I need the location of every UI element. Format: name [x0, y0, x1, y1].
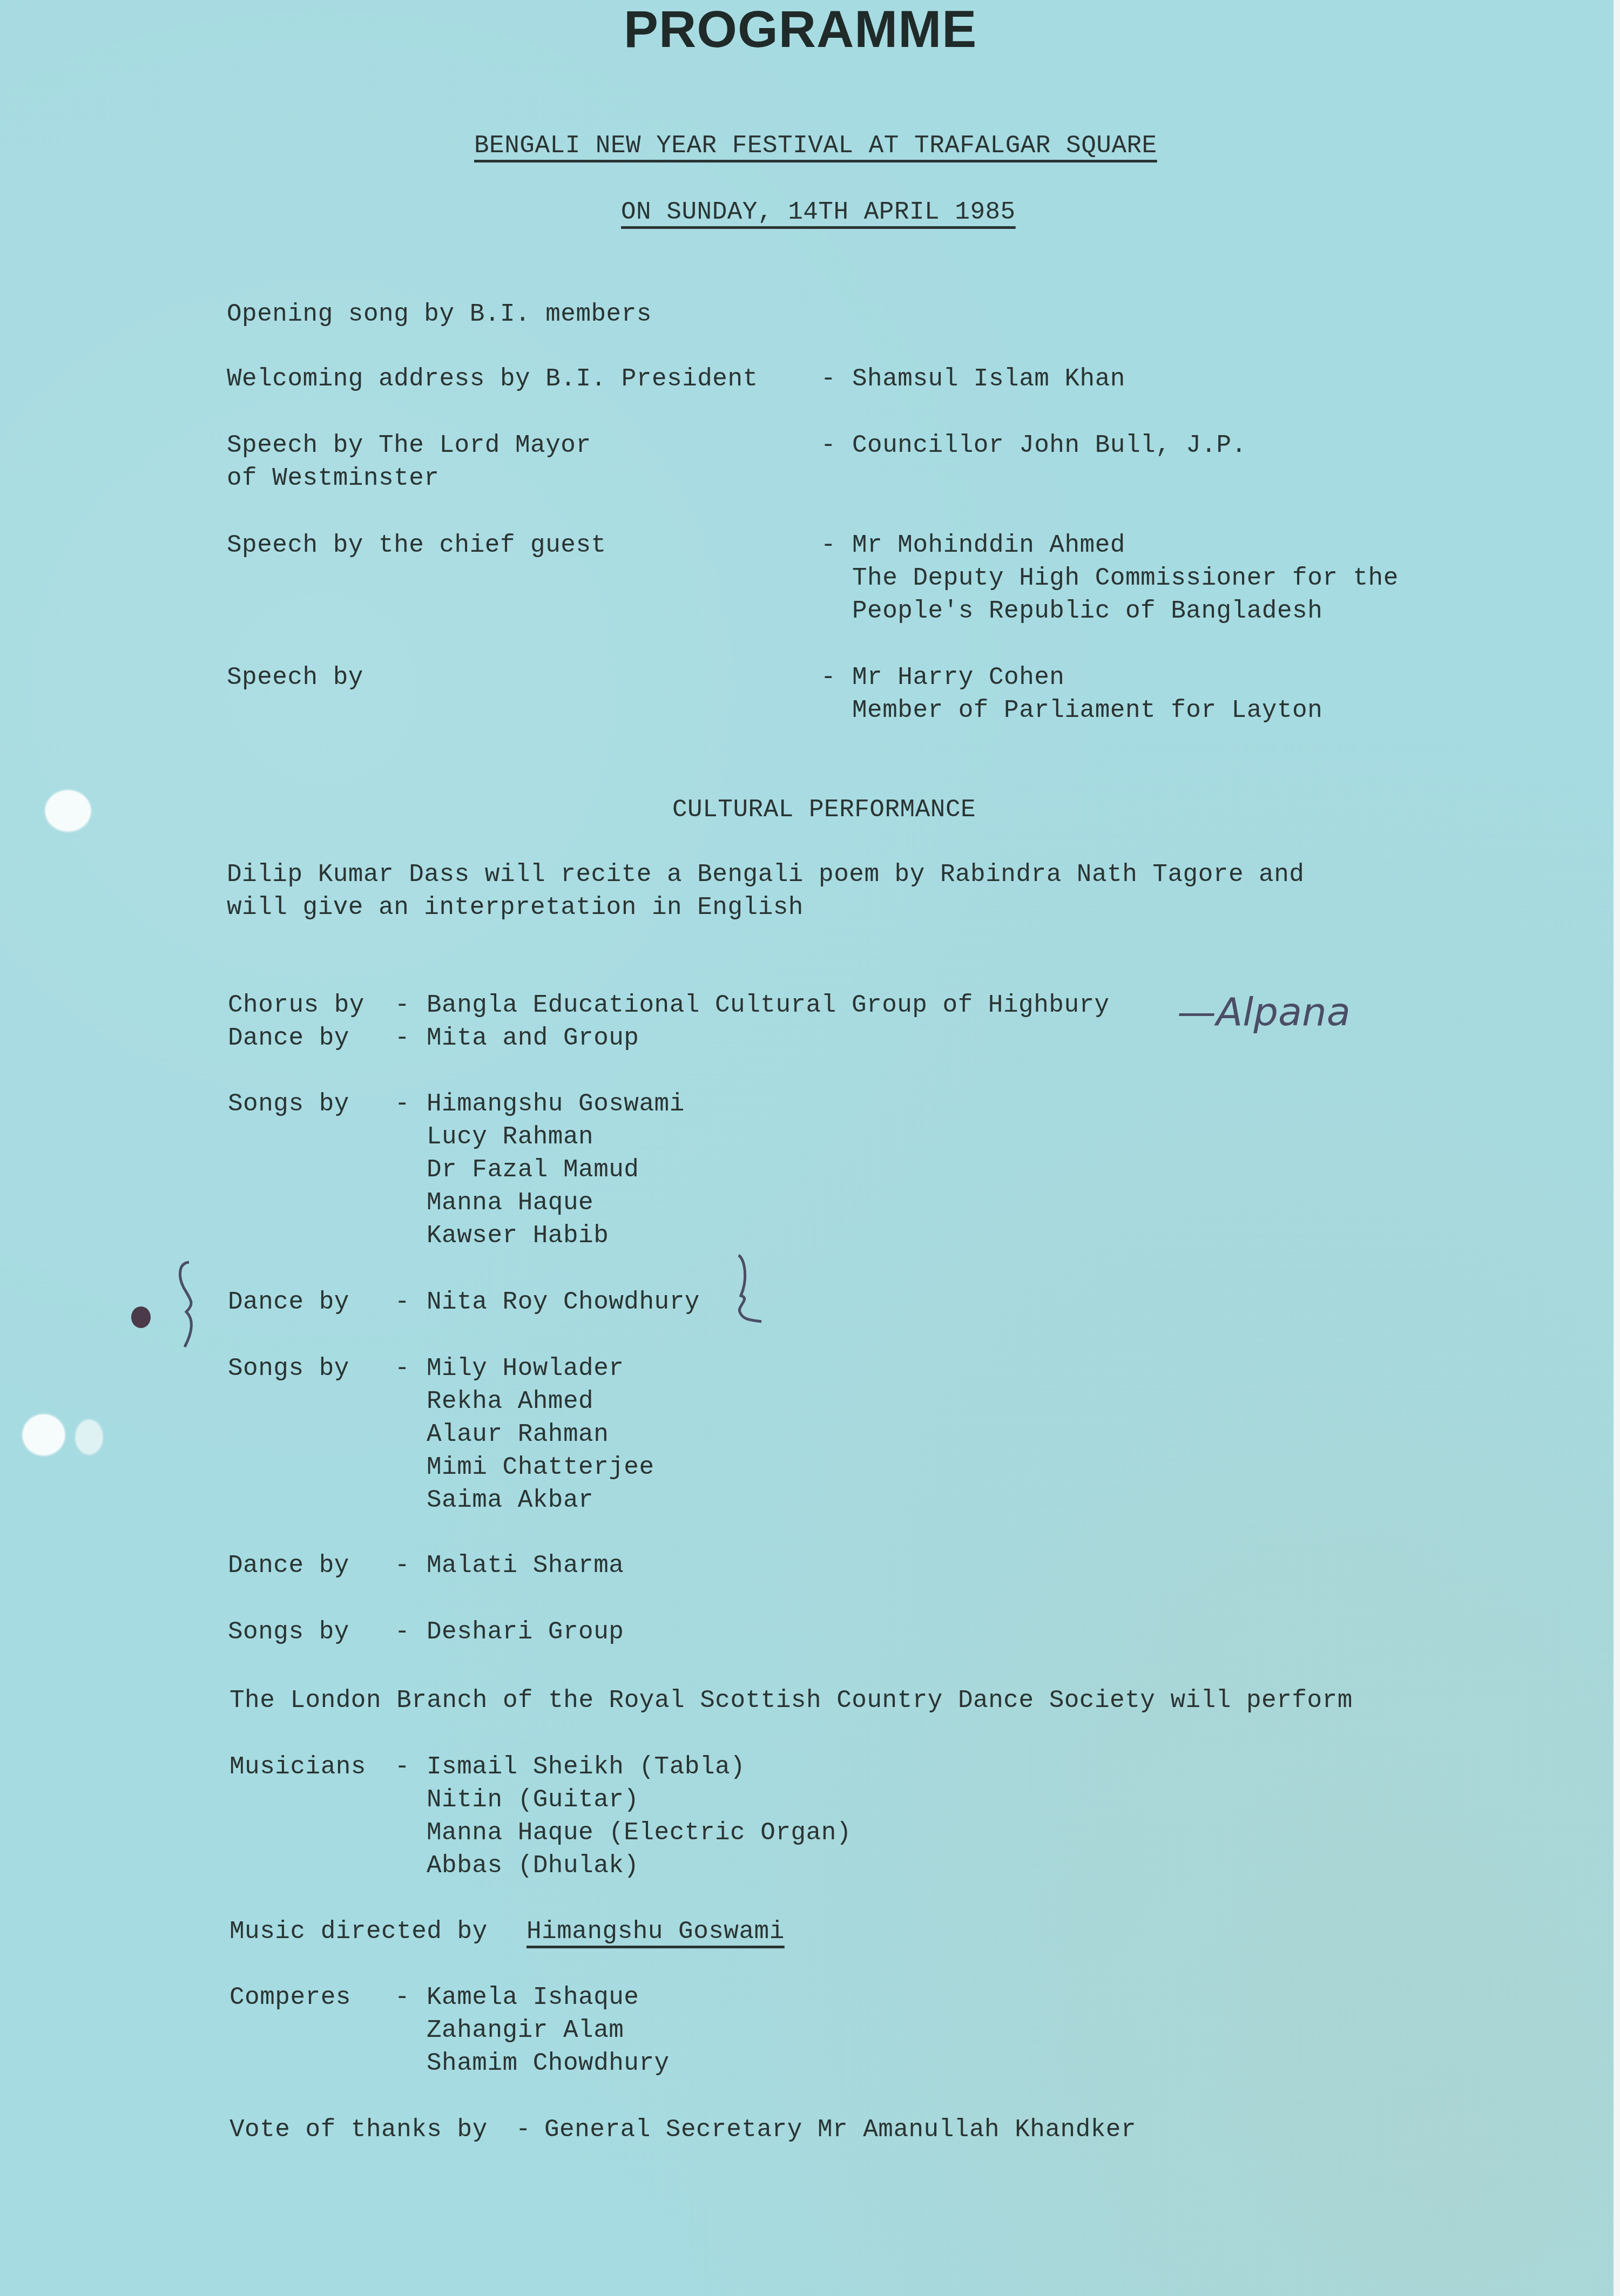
musician-name: Manna Haque (Electric Organ): [427, 1817, 852, 1850]
page-title: PROGRAMME: [624, 0, 977, 59]
performer-name: Dr Fazal Mamud: [427, 1154, 639, 1187]
item-speech-label: Speech by: [227, 661, 363, 694]
performer-name: Malati Sharma: [427, 1549, 624, 1582]
dash: -: [516, 2114, 531, 2146]
performer-name: Mita and Group: [427, 1022, 639, 1055]
musician-name: Abbas (Dhulak): [427, 1850, 639, 1882]
item-opening-song: Opening song by B.I. members: [227, 298, 652, 331]
compere-name: Zahangir Alam: [427, 2014, 624, 2047]
handwritten-annotation: —Alpana: [1177, 989, 1351, 1034]
dash: -: [395, 989, 410, 1022]
dash: -: [821, 429, 836, 462]
document-page: PROGRAMME BENGALI NEW YEAR FESTIVAL AT T…: [0, 0, 1614, 2296]
act-label: Songs by: [228, 1088, 349, 1121]
act-label: Songs by: [228, 1616, 349, 1649]
performer-name: Nita Roy Chowdhury: [427, 1286, 700, 1319]
event-date: ON SUNDAY, 14TH APRIL 1985: [621, 196, 1016, 229]
act-label: Dance by: [228, 1022, 349, 1055]
dash: -: [395, 1088, 410, 1121]
item-lord-mayor-value: Councillor John Bull, J.P.: [852, 429, 1247, 462]
ink-dot: [131, 1306, 151, 1328]
dash: -: [395, 1286, 410, 1319]
section-heading: CULTURAL PERFORMANCE: [672, 794, 976, 827]
musicians-label: Musicians: [230, 1751, 366, 1784]
item-speech-value: Mr Harry Cohen: [852, 661, 1064, 694]
recital-text: Dilip Kumar Dass will recite a Bengali p…: [227, 858, 1304, 924]
performer-name: Himangshu Goswami: [427, 1088, 685, 1121]
dash: -: [821, 661, 836, 694]
item-chief-guest-value: People's Republic of Bangladesh: [852, 595, 1322, 628]
act-label: Dance by: [228, 1286, 349, 1319]
compere-name: Kamela Ishaque: [427, 1981, 639, 2014]
punch-hole: [45, 790, 91, 831]
music-director-label: Music directed by: [230, 1915, 488, 1948]
event-subtitle: BENGALI NEW YEAR FESTIVAL AT TRAFALGAR S…: [474, 130, 1157, 162]
vote-of-thanks-label: Vote of thanks by: [230, 2114, 488, 2146]
item-chief-guest-value: The Deputy High Commissioner for the: [852, 562, 1399, 595]
left-brace-mark: [173, 1258, 205, 1350]
dash: -: [395, 1549, 410, 1582]
item-speech-value: Member of Parliament for Layton: [852, 694, 1322, 727]
punch-hole: [23, 1414, 65, 1455]
vote-of-thanks-value: General Secretary Mr Amanullah Khandker: [544, 2114, 1136, 2146]
compere-name: Shamim Chowdhury: [427, 2047, 670, 2080]
dash: -: [395, 1751, 410, 1784]
performer-name: Deshari Group: [427, 1616, 624, 1649]
performer-name: Rekha Ahmed: [427, 1385, 593, 1418]
dash: -: [395, 1022, 410, 1055]
dash: -: [395, 1352, 410, 1385]
comperes-label: Comperes: [230, 1981, 351, 2014]
item-lord-mayor-label: Speech by The Lord Mayor of Westminster: [227, 429, 591, 495]
performer-name: Manna Haque: [427, 1187, 593, 1220]
item-chief-guest-value: Mr Mohinddin Ahmed: [852, 529, 1125, 562]
dash: -: [821, 363, 836, 396]
item-welcome-label: Welcoming address by B.I. President: [227, 363, 758, 396]
item-welcome-value: Shamsul Islam Khan: [852, 363, 1125, 396]
item-chief-guest-label: Speech by the chief guest: [227, 529, 606, 562]
dash: -: [395, 1616, 410, 1649]
right-brace-mark: [729, 1252, 767, 1328]
dash: -: [821, 529, 836, 562]
musician-name: Ismail Sheikh (Tabla): [427, 1751, 745, 1784]
scottish-dance-text: The London Branch of the Royal Scottish …: [230, 1684, 1353, 1717]
music-director-name: Himangshu Goswami: [526, 1915, 785, 1948]
punch-hole-torn: [76, 1420, 103, 1454]
performer-name: Mily Howlader: [427, 1352, 624, 1385]
performer-name: Lucy Rahman: [427, 1121, 593, 1154]
performer-name: Saima Akbar: [427, 1484, 593, 1517]
act-label: Dance by: [228, 1549, 349, 1582]
performer-name: Mimi Chatterjee: [427, 1451, 654, 1484]
act-label: Songs by: [228, 1352, 349, 1385]
act-label: Chorus by: [228, 989, 364, 1022]
performer-name: Kawser Habib: [427, 1220, 609, 1252]
musician-name: Nitin (Guitar): [427, 1784, 639, 1817]
performer-name: Alaur Rahman: [427, 1418, 609, 1451]
performer-name: Bangla Educational Cultural Group of Hig…: [427, 989, 1110, 1022]
dash: -: [395, 1981, 410, 2014]
